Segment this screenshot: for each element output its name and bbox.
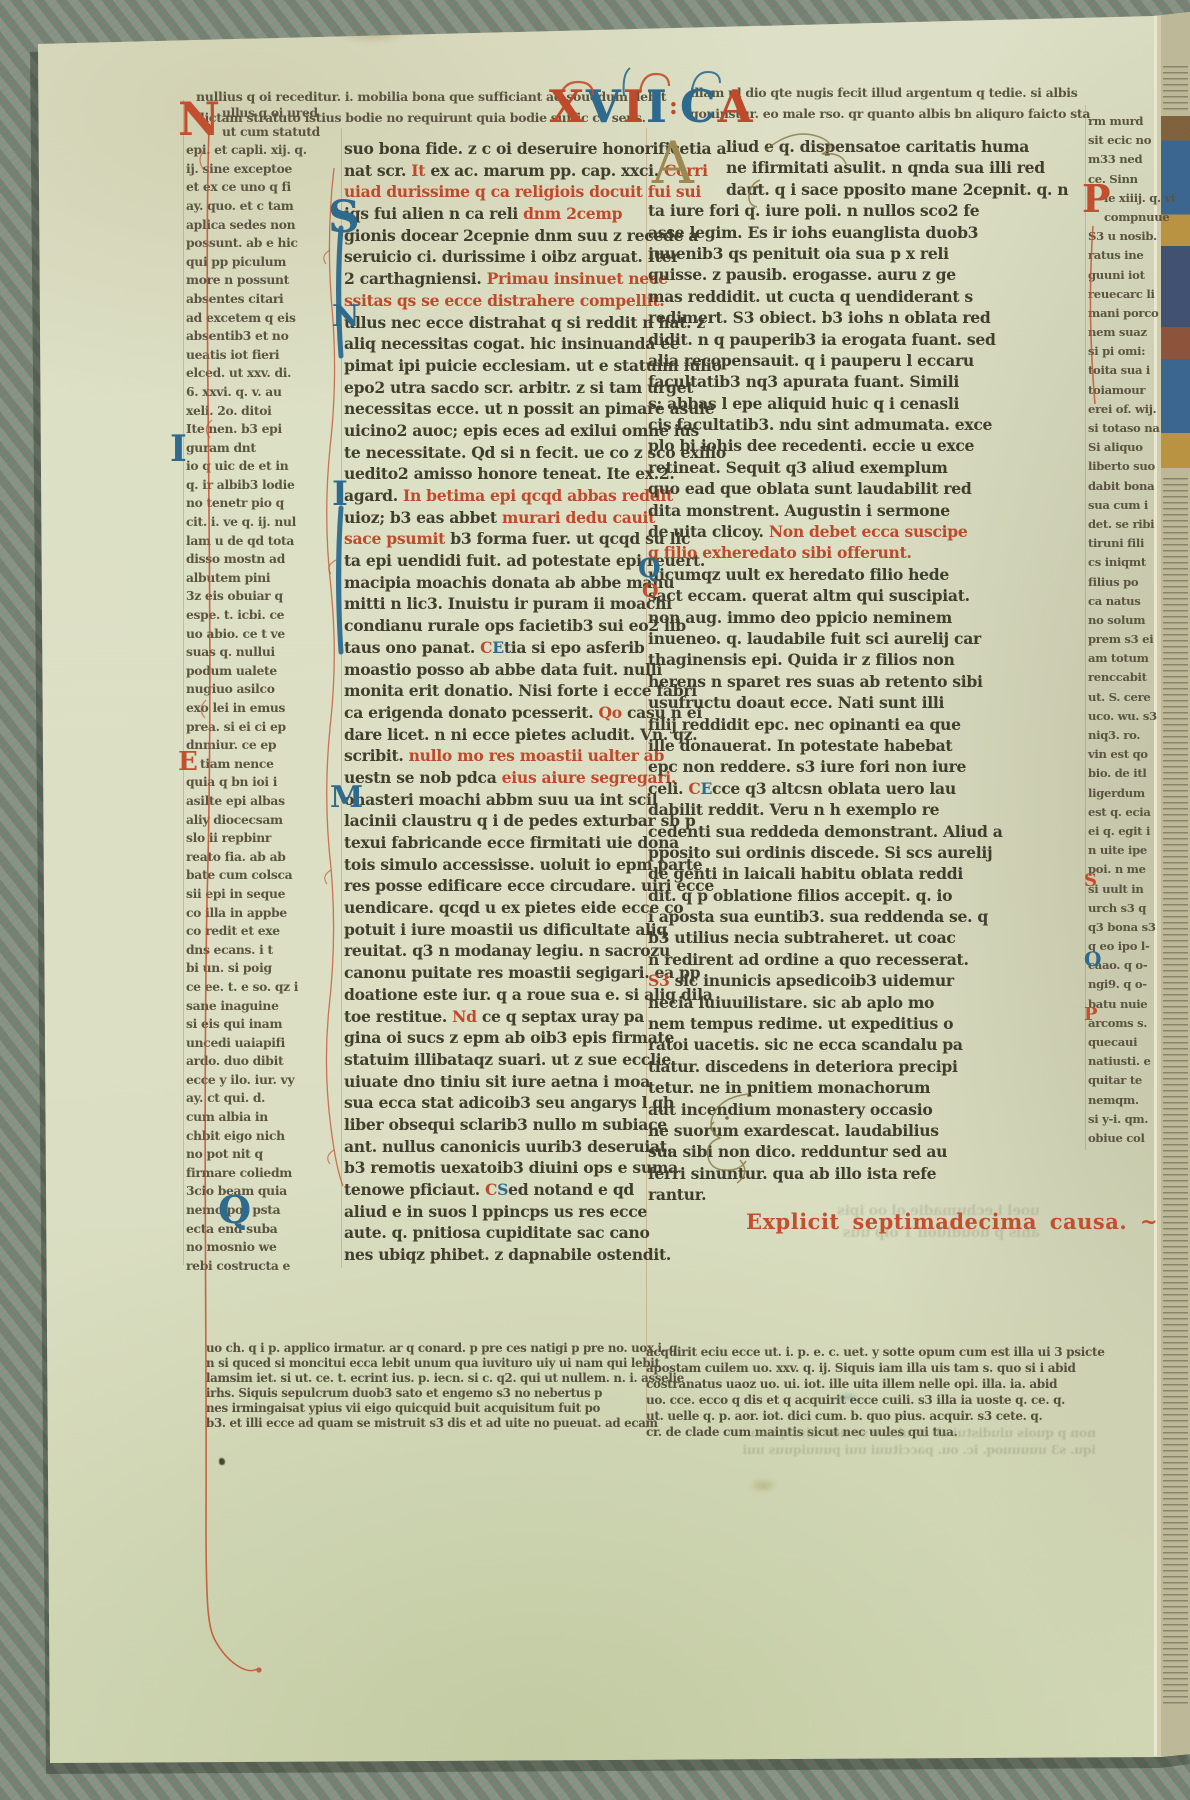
text-line: elced. ut xxv. di. — [186, 364, 336, 383]
text-run: cce q3 altcsn oblata uero lau — [712, 779, 956, 798]
text-run: scribit. — [344, 746, 409, 765]
text-run: sact eccam. querat altm qui suscipiat. — [648, 586, 970, 605]
manuscript-photo-scene: nullius q oi receditur. i. mobilia bona … — [0, 0, 1190, 1800]
text-run: canonu puitate res moastii segigari. ea … — [344, 963, 700, 982]
text-line: et ex ce uno q fi — [186, 178, 336, 197]
text-run: toe restitue. — [344, 1007, 452, 1026]
text-line: dns ecans. i t — [186, 941, 336, 960]
text-run: aplica sedes non — [186, 217, 295, 232]
text-run: ed notand e qd — [508, 1180, 634, 1199]
text-line: sii epi in seque — [186, 885, 336, 904]
text-run: quia q bn ioi i — [186, 774, 277, 789]
text-run: epc non reddere. s3 iure fori non iure — [648, 757, 966, 776]
text-line: q. ir albib3 lodie — [186, 476, 336, 495]
text-run: irhs. Siquis sepulcrum duob3 sato et eng… — [206, 1386, 602, 1400]
text-run: costranatus uaoz uo. ui. iot. ille uita … — [646, 1377, 1057, 1391]
text-line: urch s3 q — [1088, 899, 1158, 918]
text-line: xeli. 2o. ditoi — [186, 402, 336, 421]
text-line: si eis qui inam — [186, 1015, 336, 1034]
text-line: aliud e in suos l ppincps us res ecce — [344, 1201, 666, 1223]
text-run: aute. q. pnitiosa cupiditate sac cano — [344, 1223, 650, 1242]
text-run: elced. ut xxv. di. — [186, 365, 291, 380]
text-run: uendicare. qcqd u ex pietes eide ecce co — [344, 898, 683, 917]
text-line: sace psumit b3 forma fuer. ut qcqd su li… — [344, 528, 666, 550]
text-run: mitti n lic3. Inuistu ir puram ii moachi — [344, 594, 672, 613]
text-line: doatione este iur. q a roue sua e. si al… — [344, 984, 666, 1006]
text-run: bi un. si poig — [186, 960, 272, 975]
text-line: dit. q p oblatione filios accepit. q. io — [648, 885, 1064, 906]
illuminated-initial: N — [178, 96, 220, 142]
text-line: obiue col — [1088, 1129, 1158, 1148]
text-line: exo lei in emus — [186, 699, 336, 718]
text-line: iuuenib3 qs penituit oia sua p x reli — [648, 243, 1064, 264]
text-run: sua ecca stat adicoib3 seu angarys l qb — [344, 1093, 674, 1112]
text-line: dnmiur. ce ep — [186, 736, 336, 755]
text-line: q3 bona s3 — [1088, 918, 1158, 937]
text-line: didit. n q pauperib3 ia erogata fuant. s… — [648, 329, 1064, 350]
text-run: guuni iot — [1088, 268, 1145, 282]
text-line: uiad durissime q ca religiois docuit fui… — [344, 181, 666, 203]
text-line: ij. sine exceptoe — [186, 160, 336, 179]
text-line: si y-i. qm. — [1088, 1110, 1158, 1129]
text-line: ardo. duo dibit — [186, 1052, 336, 1071]
text-line: bi un. si poig — [186, 959, 336, 978]
text-run: ut. uelle q. p. aor. iot. dici cum. b. q… — [646, 1409, 1042, 1423]
text-line: n uite ipe — [1088, 841, 1158, 860]
text-line: espe. t. icbi. ce — [186, 606, 336, 625]
text-line: retineat. Sequit q3 aliud exemplum — [648, 457, 1064, 478]
rubric-run: In betima epi qcqd abbas reddit — [403, 486, 673, 505]
text-line: dabilit reddit. Veru n h exemplo re — [648, 799, 1064, 820]
text-run: ca erigenda donato pcesserit. — [344, 703, 598, 722]
text-line: ratoi uacetis. sic ne ecca scandalu pa — [648, 1034, 1064, 1055]
text-line: possunt. ab e hic — [186, 234, 336, 253]
rubric-run: S3 — [648, 971, 670, 990]
text-run: lam u de qd tota — [186, 533, 294, 548]
text-run: epo2 utra sacdo scr. arbitr. z si tam ur… — [344, 378, 693, 397]
text-run: uo. cce. ecco q dis et q acquirit ecce c… — [646, 1393, 1065, 1407]
text-line: co redit et exe — [186, 922, 336, 941]
text-run: dare licet. n ni ecce pietes acludit. Vn… — [344, 725, 697, 744]
text-run: uioz; b3 eas abbet — [344, 508, 502, 527]
text-line: usufructu doaut ecce. Nati sunt illi — [648, 692, 1064, 713]
text-line: potuit i iure moastii us dificultate ali… — [344, 919, 666, 941]
text-run: onasteri moachi abbm suu ua int scil — [344, 790, 657, 809]
text-line: more n possunt — [186, 271, 336, 290]
text-run: vin est qo — [1088, 747, 1148, 761]
text-line: cis facultatib3. ndu sint admumata. exce — [648, 414, 1064, 435]
text-line: quecaui — [1088, 1033, 1158, 1052]
text-line: b3 remotis uexatoib3 diuini ops e suma — [344, 1157, 666, 1179]
header-letter: A — [718, 84, 755, 129]
text-line: nugiuo asilco — [186, 680, 336, 699]
text-line: rm murd — [1088, 112, 1158, 131]
text-run: sua sibi non dico. redduntur sed au — [648, 1142, 947, 1161]
text-run: urch s3 q — [1088, 901, 1146, 915]
text-line: uiuate dno tiniu sit iure aetna i moa — [344, 1071, 666, 1093]
text-run: io q uic de et in — [186, 458, 288, 473]
illuminated-initial: S — [328, 196, 360, 240]
bottom-gloss-left: uo ch. q i p. applico irmatur. ar q cona… — [206, 1341, 664, 1431]
rubric-run: C — [485, 1180, 497, 1199]
illuminated-initial: Q — [218, 1191, 251, 1229]
text-run: qui pp piculum — [186, 254, 286, 269]
text-line: ne ifirmitati asulit. n qnda sua illi re… — [648, 157, 1064, 178]
text-run: aliy diocecsam — [186, 812, 283, 827]
text-run: dnmiur. ce ep — [186, 737, 276, 752]
blue-run: E — [492, 638, 504, 657]
text-line: S3 u nosib. — [1088, 227, 1158, 246]
text-run: sane inaguine — [186, 998, 279, 1013]
text-line: vin est qo — [1088, 745, 1158, 764]
text-run: nem tempus redime. ut expeditius o — [648, 1014, 953, 1033]
text-run: guram dnt — [186, 440, 256, 455]
text-line: S3 sic inunicis apsedicoib3 uidemur — [648, 970, 1064, 991]
text-line: erei of. wij. — [1088, 400, 1158, 419]
text-run: obiue col — [1088, 1131, 1145, 1145]
text-line: prea. si ei ci ep — [186, 718, 336, 737]
text-line: gionis docear 2cepnie dnm suu z recede a — [344, 225, 666, 247]
text-run: tiam nence — [200, 756, 274, 771]
text-run: gionis docear 2cepnie dnm suu z recede a — [344, 226, 698, 245]
text-run: potuit i iure moastii us dificultate ali… — [344, 920, 667, 939]
text-line: filij reddidit epc. nec opinanti ea que — [648, 714, 1064, 735]
text-run: texui fabricande ecce firmitati uie dona — [344, 833, 679, 852]
text-run: nem suaz — [1088, 325, 1147, 339]
text-line: non p quois uiudistui ab ta uias e so uo… — [676, 1424, 1096, 1441]
blue-run: S — [497, 1180, 508, 1199]
next-page-text-lines — [1163, 478, 1188, 1708]
text-line: ne suorum exardescat. laudabilius — [648, 1120, 1064, 1141]
text-run: monita erit donatio. Nisi forte i ecce f… — [344, 681, 697, 700]
text-run: acquirit eciu ecce ut. i. p. e. c. uet. … — [646, 1345, 1105, 1359]
text-run: Ite nen. b3 epi — [186, 421, 282, 436]
text-run: albutem pini — [186, 570, 270, 585]
text-run: compnuue — [1104, 210, 1169, 224]
text-line: sane inaguine — [186, 997, 336, 1016]
text-line: ecce y ilo. iur. vy — [186, 1071, 336, 1090]
text-line: dabit bona — [1088, 477, 1158, 496]
text-line: moastio posso ab abbe data fuit. nulli — [344, 659, 666, 681]
text-run: det. se ribi — [1088, 517, 1154, 531]
text-run: aliq necessitas cogat. hic insinuanda ee — [344, 334, 679, 353]
text-line: cit. i. ve q. ij. nul — [186, 513, 336, 532]
column-rule — [183, 100, 184, 1265]
text-run: le xiiij. q. vi — [1104, 191, 1175, 205]
rubric-run: C — [688, 779, 700, 798]
text-run: b3. et illi ecce ad quam se mistruit s3 … — [206, 1416, 658, 1430]
text-line: reuecarc li — [1088, 285, 1158, 304]
text-line: aute. q. pnitiosa cupiditate sac cano — [344, 1222, 666, 1244]
text-run: necia luiuuilistare. sic ab aplo mo — [648, 993, 934, 1012]
text-line: sact eccam. querat altm qui suscipiat. — [648, 585, 1064, 606]
text-line: si totaso na — [1088, 419, 1158, 438]
illuminated-initial: A — [652, 134, 694, 192]
text-run: nat scr. — [344, 161, 411, 180]
text-run: uedito2 amisso honore teneat. Ite ex.2. — [344, 464, 675, 483]
text-line: ta epi uendidi fuit. ad potestate epi re… — [344, 550, 666, 572]
text-line: acquirit eciu ecce ut. i. p. e. c. uet. … — [646, 1344, 1088, 1360]
text-run: exo lei in emus — [186, 700, 285, 715]
main-column-2: liud e q. dispensatoe caritatis humane i… — [648, 136, 1064, 1206]
text-run: ueatis iot fieri — [186, 347, 279, 362]
text-run: ardo. duo dibit — [186, 1053, 283, 1068]
header-letter: V — [586, 84, 623, 129]
text-run: uiuate dno tiniu sit iure aetna i moa — [344, 1072, 650, 1091]
text-run: ngi9. q o- — [1088, 977, 1147, 991]
text-line: suo bona fide. z c oi deseruire honorifi… — [344, 138, 666, 160]
illuminated-initial: M — [330, 783, 363, 813]
text-run: dabit bona — [1088, 479, 1154, 493]
text-line: ligerdum — [1088, 784, 1158, 803]
text-run: sii epi in seque — [186, 886, 285, 901]
text-line: reuitat. q3 n modanay legiu. n sacrozu — [344, 940, 666, 962]
text-run: tenowe pficiaut. — [344, 1180, 485, 1199]
illuminated-initial: O — [642, 582, 659, 601]
text-run: ratus ine — [1088, 248, 1143, 262]
text-run: mas reddidit. ut cucta q uendiderant s — [648, 287, 973, 306]
text-run: i aposta sua euntib3. sua reddenda se. q — [648, 907, 988, 926]
text-line: sua sibi non dico. redduntur sed au — [648, 1141, 1064, 1162]
text-line: de uita clicoy. Non debet ecca suscipe — [648, 521, 1064, 542]
text-run: ne ifirmitati asulit. n qnda sua illi re… — [726, 158, 1045, 177]
text-run: cis facultatib3. ndu sint admumata. exce — [648, 415, 992, 434]
text-line: s: abbas l epe aliquid huic q i cenasli — [648, 393, 1064, 414]
text-line: guuni iot — [1088, 266, 1158, 285]
text-run: n uite ipe — [1088, 843, 1147, 857]
text-run: niq3. ro. — [1088, 728, 1140, 742]
text-run: s: abbas l epe aliquid huic q i cenasli — [648, 394, 959, 413]
text-line: uo abio. ce t ve — [186, 625, 336, 644]
next-page-edge — [1154, 8, 1190, 1756]
text-line: prem s3 ei — [1088, 630, 1158, 649]
text-run: liberto suo — [1088, 459, 1155, 473]
text-line: bate cum colsca — [186, 866, 336, 885]
text-line: m33 ned — [1088, 150, 1158, 169]
text-line: uestn se nob pdca eius aiure segregari. — [344, 767, 666, 789]
text-run: suas q. nullui — [186, 644, 275, 659]
text-line: tiam nence — [186, 755, 336, 774]
text-line: monita erit donatio. Nisi forte i ecce f… — [344, 680, 666, 702]
text-line: renccabit — [1088, 668, 1158, 687]
text-line: arcoms s. — [1088, 1014, 1158, 1033]
text-line: sua ecca stat adicoib3 seu angarys l qb — [344, 1092, 666, 1114]
text-line: ca erigenda donato pcesserit. Qo casu n … — [344, 702, 666, 724]
text-run: podum ualete — [186, 663, 277, 678]
text-line: seruicio ci. durissime i oibz arguat. It… — [344, 246, 666, 268]
text-line: scribit. nullo mo res moastii ualter ab — [344, 745, 666, 767]
text-run: ecce y ilo. iur. vy — [186, 1072, 294, 1087]
text-run: m33 ned — [1088, 152, 1142, 166]
text-line: ngi9. q o- — [1088, 975, 1158, 994]
text-run: ta iure fori q. iure poli. n nullos sco2… — [648, 201, 979, 220]
text-run: quitar te — [1088, 1073, 1142, 1087]
text-run: prea. si ei ci ep — [186, 719, 286, 734]
text-run: S3 u nosib. — [1088, 229, 1157, 243]
rubric-run: Nd — [452, 1007, 477, 1026]
text-line: te necessitate. Qd si n fecit. ue co z s… — [344, 442, 666, 464]
text-run: celi. — [648, 779, 688, 798]
text-line: 6. xxvi. q. v. au — [186, 383, 336, 402]
left-gloss-column: ullus q oi uredut cum statutdepi. et cap… — [186, 104, 336, 1275]
text-line: thaginensis epi. Quida ir z filios non — [648, 649, 1064, 670]
text-line: uco. wu. s3 — [1088, 707, 1158, 726]
text-run: ant. nullus canonicis uurib3 deseruiat. — [344, 1137, 672, 1156]
text-run: si totaso na — [1088, 421, 1160, 435]
text-run: possunt. ab e hic — [186, 235, 298, 250]
text-line: necessitas ecce. ut n possit an pimare a… — [344, 398, 666, 420]
rubric-run: q filio exheredato sibi offerunt. — [648, 543, 912, 562]
text-run: condianu rurale ops facietib3 sui eo2 li… — [344, 616, 686, 635]
header-letter: C — [680, 84, 718, 129]
text-run: de genti in laicali habitu oblata reddi — [648, 864, 963, 883]
rubric-run: Primau insinuet nece — [487, 269, 668, 288]
text-run: uncedi uaiapifi — [186, 1035, 285, 1050]
text-run: b3 utilius necia subtraheret. ut coac — [648, 928, 956, 947]
text-run: ce ee. t. e so. qz i — [186, 979, 298, 994]
text-run: toita sua i — [1088, 363, 1150, 377]
text-run: retineat. Sequit q3 aliud exemplum — [648, 458, 948, 477]
text-line: quitar te — [1088, 1071, 1158, 1090]
text-line: chbit eigo nich — [186, 1127, 336, 1146]
text-line: albutem pini — [186, 569, 336, 588]
text-line: ay. quo. et c tam — [186, 197, 336, 216]
text-run: uo abio. ce t ve — [186, 626, 285, 641]
text-run: si eis qui inam — [186, 1016, 282, 1031]
text-line: reato fia. ab ab — [186, 848, 336, 867]
text-line: asilte epi albas — [186, 792, 336, 811]
text-line: nemqm. — [1088, 1091, 1158, 1110]
text-line: celi. CEcce q3 altcsn oblata uero lau — [648, 778, 1064, 799]
text-run: est q. ecia — [1088, 805, 1151, 819]
text-line: n si quced si moncitui ecca lebit unum q… — [206, 1356, 664, 1371]
text-line: toita sua i — [1088, 361, 1158, 380]
text-line: Ite nen. b3 epi — [186, 420, 336, 439]
text-run: cum albia in — [186, 1109, 268, 1124]
text-line: gina oi sucs z epm ab oib3 epis firmate — [344, 1027, 666, 1049]
text-line: bio. de itl — [1088, 764, 1158, 783]
text-line: sua cum i — [1088, 496, 1158, 515]
text-line: ut. uelle q. p. aor. iot. dici cum. b. q… — [646, 1408, 1088, 1424]
text-run: uo ch. q i p. applico irmatur. ar q cona… — [206, 1341, 681, 1355]
text-run: ca natus — [1088, 594, 1140, 608]
text-run: rebi costructa e — [186, 1258, 290, 1273]
text-run: moastio posso ab abbe data fuit. nulli — [344, 660, 662, 679]
text-line: si uult in — [1088, 880, 1158, 899]
text-run: ut cum statutd — [222, 124, 320, 139]
text-run: alia recopensauit. q i pauperu l eccaru — [648, 351, 974, 370]
text-line: nat scr. It ex ac. marum pp. cap. xxci. … — [344, 160, 666, 182]
text-line: aut incendium monastery occasio — [648, 1099, 1064, 1120]
text-run: absentes citari — [186, 291, 283, 306]
text-line: facultatib3 nq3 apurata fuant. Simili — [648, 371, 1064, 392]
text-run: quisse. z pausib. erogasse. auru z ge — [648, 265, 956, 284]
text-line: tois simulo accessisse. uoluit io epm pa… — [344, 854, 666, 876]
text-line: plo bi iohis dee recedenti. eccie u exce — [648, 435, 1064, 456]
text-run: ut. S. cere — [1088, 690, 1151, 704]
text-run: no tenetr pio q — [186, 495, 284, 510]
illuminated-initial: P — [1084, 1006, 1098, 1024]
text-run: thaginensis epi. Quida ir z filios non — [648, 650, 954, 669]
pen-flourish-left — [256, 1667, 261, 1672]
text-run: prem s3 ei — [1088, 632, 1153, 646]
text-line: ei q. egit i — [1088, 822, 1158, 841]
text-line: ay. ct qui. d. — [186, 1089, 336, 1108]
text-line: lacinii claustru q i de pedes exturbar s… — [344, 810, 666, 832]
text-run: iqs fui alien n ca reli — [344, 204, 523, 223]
text-run: asilte epi albas — [186, 793, 285, 808]
text-line: 2 carthagniensi. Primau insinuet nece — [344, 268, 666, 290]
text-run: si pi omi: — [1088, 344, 1145, 358]
text-line: redimert. S3 obiect. b3 iohs n oblata re… — [648, 307, 1064, 328]
text-line: tenowe pficiaut. CSed notand e qd — [344, 1179, 666, 1201]
text-run: tetur. ne in pnitiem monachorum — [648, 1078, 930, 1097]
text-run: lacinii claustru q i de pedes exturbar s… — [344, 811, 695, 830]
text-line: ca natus — [1088, 592, 1158, 611]
blue-run: E — [700, 779, 712, 798]
text-run: didit. n q pauperib3 ia erogata fuant. s… — [648, 330, 996, 349]
text-run: more n possunt — [186, 272, 289, 287]
text-line: onasteri moachi abbm suu ua int scil — [344, 789, 666, 811]
text-line: aliy diocecsam — [186, 811, 336, 830]
text-run: ligerdum — [1088, 786, 1145, 800]
text-line: b3 utilius necia subtraheret. ut coac — [648, 927, 1064, 948]
text-line: Si aliquo — [1088, 438, 1158, 457]
text-line: quisse. z pausib. erogasse. auru z ge — [648, 264, 1064, 285]
text-line: qui pp piculum — [186, 253, 336, 272]
text-line: 3cio beam quia — [186, 1182, 336, 1201]
text-line: condianu rurale ops facietib3 sui eo2 li… — [344, 615, 666, 637]
text-run: non aug. immo deo ppicio neminem — [648, 608, 952, 627]
text-line: toe restitue. Nd ce q septax uray pa — [344, 1006, 666, 1028]
text-line: daut. q i sace pposito mane 2cepnit. q. … — [648, 179, 1064, 200]
text-line: io q uic de et in — [186, 457, 336, 476]
rubric-run: Qo — [598, 703, 621, 722]
text-run: espe. t. icbi. ce — [186, 607, 284, 622]
text-run: filij reddidit epc. nec opinanti ea que — [648, 715, 961, 734]
text-line: ratus ine — [1088, 246, 1158, 265]
text-run: tia si epo asferib — [504, 638, 645, 657]
text-line: slo ii repbinr — [186, 829, 336, 848]
text-line: cs iniqmt — [1088, 553, 1158, 572]
stain — [219, 1458, 225, 1465]
text-run: redimert. S3 obiect. b3 iohs n oblata re… — [648, 308, 991, 327]
text-line: 3z eis obuiar q — [186, 587, 336, 606]
text-line: uo ch. q i p. applico irmatur. ar q cona… — [206, 1341, 664, 1356]
illuminated-initial: E — [178, 749, 198, 775]
text-line: ueatis iot fieri — [186, 346, 336, 365]
text-line: ullus nec ecce distrahat q si reddit n h… — [344, 312, 666, 334]
text-line: nem suaz — [1088, 323, 1158, 342]
text-line: necia luiuuilistare. sic ab aplo mo — [648, 992, 1064, 1013]
text-run: ei q. egit i — [1088, 824, 1150, 838]
text-line: mitti n lic3. Inuistu ir puram ii moachi — [344, 593, 666, 615]
text-line: cum albia in — [186, 1108, 336, 1127]
text-run: apostam cuilem uo. xxv. q. ij. Siquis ia… — [646, 1361, 1076, 1375]
text-line: quo ead que oblata sunt laudabilit red — [648, 478, 1064, 499]
text-line: statuim illibataqz suari. ut z sue eccli… — [344, 1049, 666, 1071]
text-line: b3. et illi ecce ad quam se mistruit s3 … — [206, 1416, 664, 1431]
text-run: liud e q. dispensatoe caritatis huma — [726, 137, 1029, 156]
text-run: iuuenib3 qs penituit oia sua p x reli — [648, 244, 949, 263]
text-run: non p quois uiudistui ab ta uias e so uo… — [751, 1425, 1096, 1440]
text-run: dabilit reddit. Veru n h exemplo re — [648, 800, 939, 819]
text-line: uendicare. qcqd u ex pietes eide ecce co — [344, 897, 666, 919]
illuminated-initial: N — [332, 302, 359, 332]
text-line: liud e q. dispensatoe caritatis huma — [648, 136, 1064, 157]
explicit-line: Explicit septimadecima causa. ~ — [746, 1209, 1158, 1234]
text-line: tiatur. discedens in deteriora precipi — [648, 1056, 1064, 1077]
